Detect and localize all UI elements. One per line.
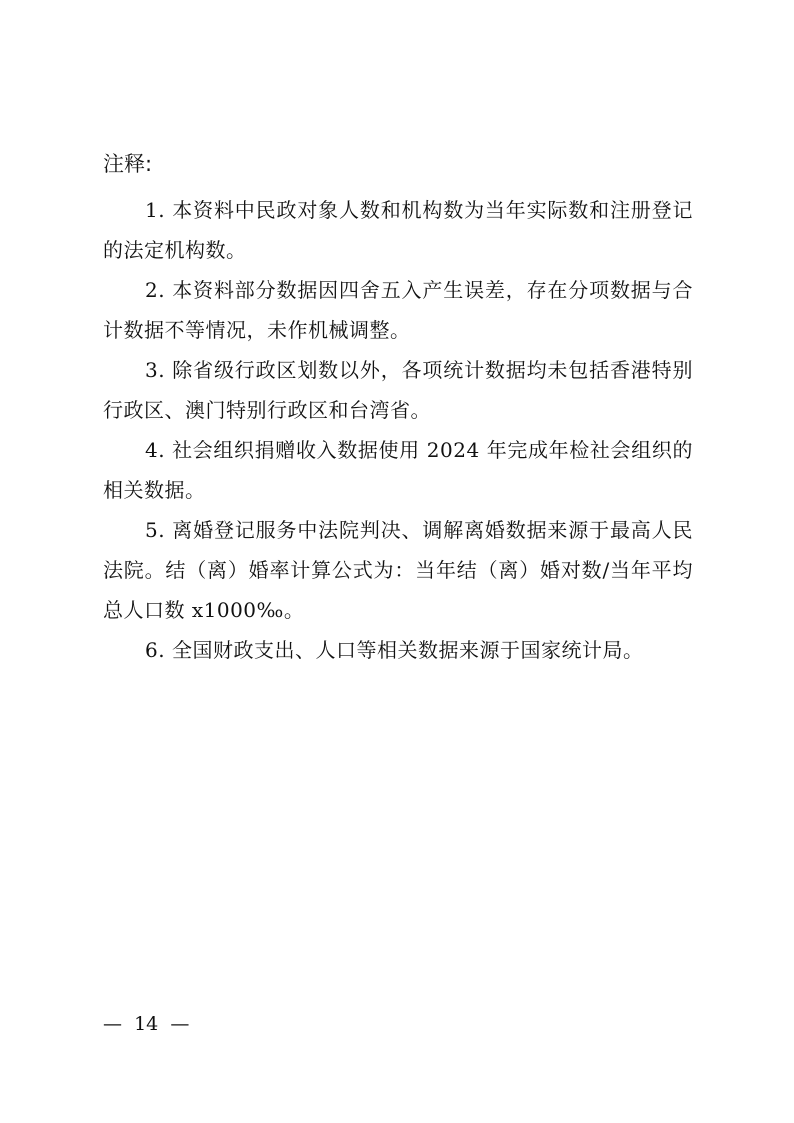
page-number: — 14 — bbox=[103, 1012, 189, 1036]
note-item: 6. 全国财政支出、人口等相关数据来源于国家统计局。 bbox=[103, 630, 693, 670]
notes-list: 1. 本资料中民政对象人数和机构数为当年实际数和注册登记的法定机构数。 2. 本… bbox=[103, 190, 693, 670]
notes-heading: 注释: bbox=[103, 150, 152, 178]
note-item: 1. 本资料中民政对象人数和机构数为当年实际数和注册登记的法定机构数。 bbox=[103, 190, 693, 270]
note-item: 5. 离婚登记服务中法院判决、调解离婚数据来源于最高人民法院。结（离）婚率计算公… bbox=[103, 510, 693, 630]
note-item: 2. 本资料部分数据因四舍五入产生误差，存在分项数据与合计数据不等情况，未作机械… bbox=[103, 270, 693, 350]
note-item: 4. 社会组织捐赠收入数据使用 2024 年完成年检社会组织的相关数据。 bbox=[103, 430, 693, 510]
note-item: 3. 除省级行政区划数以外，各项统计数据均未包括香港特别行政区、澳门特别行政区和… bbox=[103, 350, 693, 430]
